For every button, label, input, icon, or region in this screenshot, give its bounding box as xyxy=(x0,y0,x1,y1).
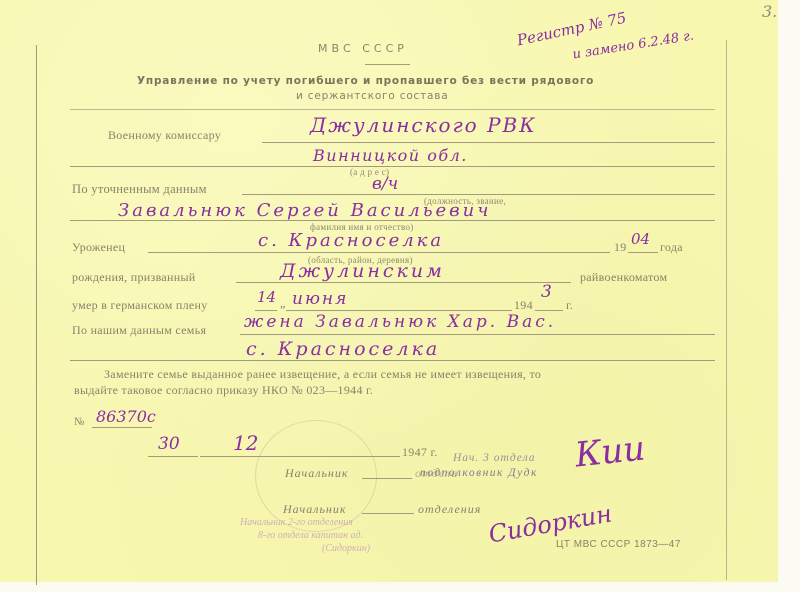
drafted-label: рождения, призванный xyxy=(72,270,196,285)
native-line xyxy=(148,252,610,253)
birth-year-value: 04 xyxy=(631,230,650,248)
scan-margin-bottom xyxy=(0,582,800,592)
drafted-line xyxy=(236,282,571,283)
date-month-line xyxy=(200,456,400,457)
number-label: № xyxy=(74,416,85,428)
died-year-suffix: г. xyxy=(566,298,573,313)
date-month-value: 12 xyxy=(233,431,258,455)
chief-dept-line xyxy=(362,478,412,479)
date-day-line xyxy=(148,456,198,457)
date-day-value: 30 xyxy=(158,434,180,454)
faded-stamp-line3: (Сидоркин) xyxy=(322,543,370,554)
clarified-label: По уточненным данным xyxy=(72,182,207,197)
died-day-value: 14 xyxy=(257,288,276,306)
dept2-label: отделения xyxy=(418,502,481,517)
died-year-line xyxy=(535,310,563,311)
native-value: с. Красноселка xyxy=(258,230,444,251)
birth-year-line xyxy=(628,252,658,253)
stamp-line2: подполковник Дудк xyxy=(420,467,538,479)
print-footer: ЦТ МВС СССР 1873—47 xyxy=(556,539,681,550)
header-divider xyxy=(70,109,715,110)
year-suffix: года xyxy=(660,240,683,255)
instruction-line2: выдайте таковое согласно приказу НКО № 0… xyxy=(74,383,373,398)
chief-label: Начальник xyxy=(285,466,349,481)
family-label: По нашим данным семья xyxy=(72,323,206,338)
left-margin-line xyxy=(36,45,37,585)
stamp-line1: Нач. 3 отдела xyxy=(453,452,536,464)
document-paper xyxy=(0,0,778,582)
drafted-value: Джулинским xyxy=(280,260,445,282)
number-value: 86370с xyxy=(96,407,156,426)
ministry-title: МВС СССР xyxy=(318,42,408,55)
faded-stamp-line1: Начальник 2-го отделения xyxy=(240,517,353,528)
died-month-value: июня xyxy=(292,289,348,309)
died-day-line xyxy=(255,310,277,311)
scan-margin-right xyxy=(778,0,800,592)
died-label: умер в германском плену xyxy=(72,298,208,313)
chief2-line xyxy=(362,513,414,514)
family-address-line xyxy=(70,360,715,361)
page-mark: 3. xyxy=(762,2,777,21)
number-line xyxy=(92,427,152,428)
address-line xyxy=(70,166,715,167)
family-address-value: с. Красноселка xyxy=(246,338,440,360)
name-value: Завальнюк Сергей Васильевич xyxy=(118,200,491,221)
faded-stamp-line2: 8-го отдела капитан ад. xyxy=(258,530,363,541)
commissar-value: Джулинского РВК xyxy=(310,113,537,137)
died-month-line xyxy=(286,310,512,311)
title-divider xyxy=(365,64,410,65)
quote-mark: „ xyxy=(280,296,286,311)
chief2-label: Начальник xyxy=(283,502,347,517)
commissar-line xyxy=(262,142,715,143)
died-year-value: 3 xyxy=(541,282,552,302)
right-margin-line xyxy=(726,40,727,580)
drafted-suffix: райвоенкоматом xyxy=(580,270,667,285)
date-year: 1947 г. xyxy=(402,445,438,460)
family-value: жена Завальнюк Хар. Вас. xyxy=(244,312,556,332)
commissar-label: Военному комиссару xyxy=(108,128,221,143)
family-line xyxy=(240,334,715,335)
signature-dudko: Кии xyxy=(573,428,647,475)
department-line2: и сержантского состава xyxy=(296,90,449,102)
year-prefix: 19 xyxy=(614,240,627,255)
rank-value: в/ч xyxy=(372,174,398,194)
native-label: Уроженец xyxy=(72,240,125,255)
rank-line xyxy=(242,194,715,195)
department-line1: Управление по учету погибшего и пропавше… xyxy=(137,75,594,87)
address-value: Винницкой обл. xyxy=(313,146,468,165)
instruction-line1: Замените семье выданное ранее извещение,… xyxy=(104,367,541,382)
died-year-prefix: 194 xyxy=(514,298,533,313)
